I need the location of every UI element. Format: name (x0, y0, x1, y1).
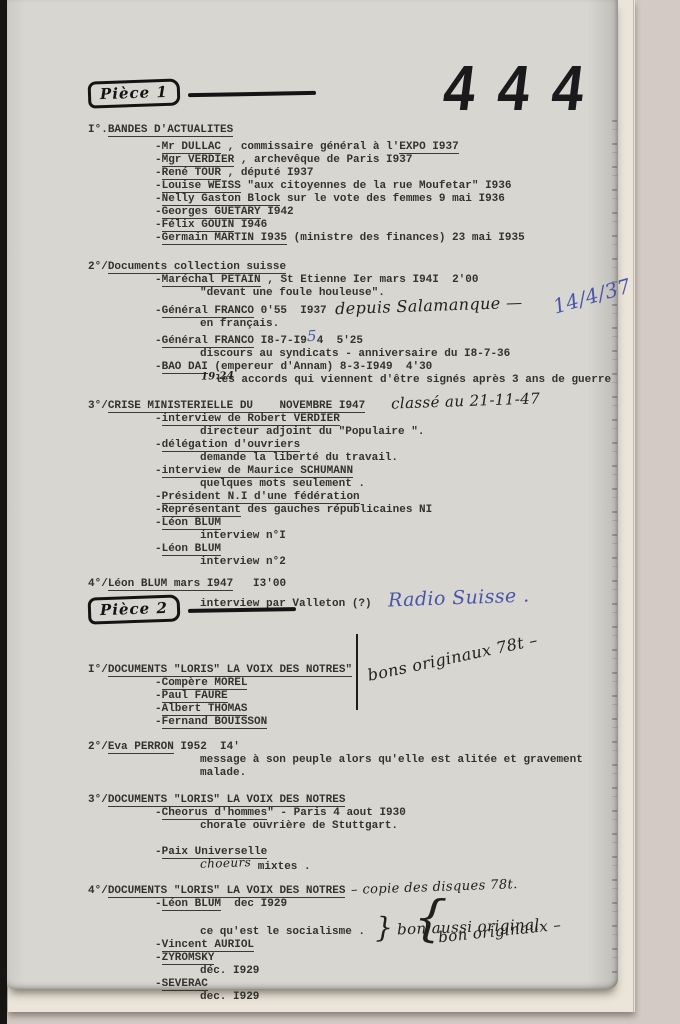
typed-text: (ministre des finances) 23 mai I935 (287, 232, 525, 244)
typed-line: -Mgr VERDIER , archevêque de Paris I937 (7, 154, 618, 167)
typed-line: -délégation d'ouvriers (7, 439, 618, 452)
typed-line: choeurs mixtes . (7, 859, 618, 874)
underlined-text: interview de Maurice SCHUMANN (162, 465, 353, 478)
section-heading: 3°/CRISE MINISTERIELLE DU NOVEMBRE I947c… (7, 396, 618, 413)
typed-text: - (155, 952, 162, 964)
typed-line: -Léon BLUM (7, 517, 618, 530)
typed-text: " - Paris 4 aout I930 (267, 807, 406, 819)
typed-line: -Compère MOREL (7, 677, 618, 690)
typed-text: dec. I929 (200, 991, 259, 1003)
typed-text: - (155, 846, 162, 858)
typed-line: -Représentant des gauches républicaines … (7, 504, 618, 517)
typed-text: "aux citoyennes de la rue Moufetar" I936 (241, 180, 512, 192)
underlined-text: Mgr VERDIER (162, 154, 235, 167)
typed-line: -Albert THOMAS (7, 703, 618, 716)
typed-text: - (155, 465, 162, 477)
typed-text: 3°/ (88, 400, 108, 412)
piece-2-label: Pièce 2 (88, 594, 181, 624)
underlined-text: Léon BLUM (162, 543, 221, 556)
typed-text: en français. (200, 318, 279, 330)
typed-text: - (155, 690, 162, 702)
section-heading: 3°/DOCUMENTS "LORIS" LA VOIX DES NOTRES (7, 794, 618, 807)
underlined-text: CRISE MINISTERIELLE DU NOVEMBRE I947 (108, 400, 365, 413)
typed-text: - (155, 677, 162, 689)
underlined-text: SEVERAC (162, 978, 208, 991)
typed-text: chorale ouvrière de Stuttgart. (200, 820, 398, 832)
typed-text: , St Etienne Ier mars I94I 2'00 (261, 274, 479, 286)
typed-line: -Mr DULLAC , commissaire général à l'EXP… (7, 141, 618, 154)
typed-text: I3'00 (233, 578, 286, 590)
typed-text: 2°/ (88, 741, 108, 753)
typed-text: , archevêque de Paris I937 (234, 154, 412, 166)
underlined-text: Germain MARTIN I935 (162, 232, 287, 245)
typed-text: dec I929 (221, 898, 287, 910)
typed-line: -interview de Robert VERDIER (7, 413, 618, 426)
underlined-text: Albert THOMAS (162, 703, 248, 716)
handwritten-note: choeurs (200, 856, 252, 870)
underlined-text: DOCUMENTS "LORIS" LA VOIX DES NOTRES (108, 885, 346, 898)
typed-line: -Léon BLUM dec I929 (7, 898, 618, 911)
typed-line: -Général FRANCO I8-7-I954 5'25 (7, 331, 618, 348)
underlined-text: Mr DULLAC (162, 141, 221, 154)
underlined-text: Vincent AURIOL (162, 939, 254, 952)
underlined-text: Maréchal PETAIN (162, 274, 261, 287)
typed-line: interview n°2 (7, 556, 618, 569)
underlined-text: Président N.I d'une fédération (162, 491, 360, 504)
typed-line: -Président N.I d'une fédération (7, 491, 618, 504)
typed-line: quelques mots seulement . (7, 478, 618, 491)
typed-text: - (155, 206, 162, 218)
typed-text: 3°/ (88, 794, 108, 806)
underlined-text: Documents collection suisse (108, 261, 286, 274)
handwritten-note: depuis Salamanque — (334, 295, 522, 318)
typed-line: chorale ouvrière de Stuttgart. (7, 820, 618, 833)
underlined-text: ZYROMSKY (162, 952, 215, 965)
typed-line: -Général FRANCO 0'55 I937depuis Salamanq… (7, 300, 618, 318)
handwritten-note: } (375, 914, 394, 943)
left-black-edge (0, 0, 7, 1024)
typed-text: - (155, 543, 162, 555)
typed-text: sur le vote des femmes 9 mai I936 (280, 193, 504, 205)
typed-text: (empereur d'Annam) 8-3-I949 4'30 (208, 361, 432, 373)
underlined-text: Louise WEISS (162, 180, 241, 193)
typed-text: , commissaire général à l' (221, 141, 399, 153)
typed-text: - (155, 274, 162, 286)
underlined-text: Léon BLUM mars I947 (108, 578, 233, 591)
handwritten-note: 19.24 (201, 371, 235, 382)
typed-line: interview n°I (7, 530, 618, 543)
piece-1-label: Pièce 1 (88, 78, 181, 108)
typed-text: 2°/ (88, 261, 108, 273)
typed-line: dec. I929 (7, 991, 618, 1004)
handwritten-piece-2-marker: Pièce 2 (88, 596, 296, 623)
typed-line: message à son peuple alors qu'elle est a… (7, 754, 618, 767)
underlined-text: Compère MOREL (162, 677, 248, 690)
typed-text: mixtes . (251, 861, 310, 873)
typed-text: - (155, 305, 162, 317)
section-heading: I°.BANDES D'ACTUALITES (7, 124, 618, 137)
handwritten-note: Radio Suisse . (387, 587, 529, 611)
typed-line: -René TOUR , député I937 (7, 167, 618, 180)
typed-text: discours au syndicats - anniversaire du … (200, 348, 510, 360)
typed-line: -ZYROMSKY (7, 952, 618, 965)
underlined-text: Général FRANCO (162, 335, 254, 348)
photo-backdrop: 444 Pièce 1 Pièce 2 I°.BANDES D'ACTUALIT… (0, 0, 680, 1024)
typed-text: - (155, 703, 162, 715)
typed-text: les accords qui viennent d'être signés a… (215, 374, 611, 386)
typed-line: -Fernand BOUISSON (7, 716, 618, 729)
typed-text: "devant une foule houleuse". (200, 287, 385, 299)
typed-text: déc. I929 (200, 965, 259, 977)
typed-line: déc. I929 (7, 965, 618, 978)
typed-text: - (155, 517, 162, 529)
typed-line: -Léon BLUM (7, 543, 618, 556)
section-heading: 2°/Documents collection suisse (7, 261, 618, 274)
typed-text: - (155, 504, 162, 516)
typed-line: -Félix GOUIN I946 (7, 219, 618, 232)
sheet-edge-line (633, 0, 634, 1012)
typed-line: -interview de Maurice SCHUMANN (7, 465, 618, 478)
typed-text: - (155, 439, 162, 451)
underlined-text: BANDES D'ACTUALITES (108, 124, 233, 137)
typed-line: -SEVERAC (7, 978, 618, 991)
typed-line: directeur adjoint du "Populaire ". (7, 426, 618, 439)
typed-line: -Maréchal PETAIN , St Etienne Ier mars I… (7, 274, 618, 287)
typed-text: - (155, 716, 162, 728)
typed-line: "devant une foule houleuse". (7, 287, 618, 300)
section-heading: I°/DOCUMENTS "LORIS" LA VOIX DES NOTRES" (7, 664, 618, 677)
typed-text: ce qu'est le socialisme . (200, 926, 365, 938)
typed-line: -Vincent AURIOL (7, 939, 618, 952)
typed-text: - (155, 193, 162, 205)
typed-text: message à son peuple alors qu'elle est a… (200, 754, 583, 766)
typed-text: - (155, 219, 162, 231)
typed-text: - (155, 335, 162, 347)
marker-dash (188, 91, 316, 97)
underlined-text: Nelly Gaston Block (162, 193, 281, 206)
underlined-text: EXPO I937 (399, 141, 458, 154)
typed-line: les accords qui viennent d'être signés a… (7, 374, 618, 387)
underlined-text: Léon BLUM (162, 517, 221, 530)
typed-text: I946 (234, 219, 267, 231)
underlined-text: Représentant (162, 504, 241, 517)
typed-line: -Nelly Gaston Block sur le vote des femm… (7, 193, 618, 206)
typed-text: 4°/ (88, 578, 108, 590)
section-heading: 2°/Eva PERRON I952 I4' (7, 741, 618, 754)
typed-text: - (155, 491, 162, 503)
typed-content: I°.BANDES D'ACTUALITES-Mr DULLAC , commi… (7, 124, 618, 1004)
underlined-text: Général FRANCO (162, 305, 254, 318)
typed-text: des gauches républicaines NI (241, 504, 432, 516)
typed-text: - (155, 807, 162, 819)
underlined-text: Georges GUETARY (162, 206, 261, 219)
typed-text: interview n°I (200, 530, 286, 542)
typed-line: -Louise WEISS "aux citoyennes de la rue … (7, 180, 618, 193)
typed-line: -Germain MARTIN I935 (ministre des finan… (7, 232, 618, 245)
typed-text: I°. (88, 124, 108, 136)
typed-text: - (155, 232, 162, 244)
handwritten-piece-1-marker: Pièce 1 (88, 80, 316, 107)
typed-text: malade. (200, 767, 246, 779)
typed-line: -Cheorus d'hommes" - Paris 4 aout I930 (7, 807, 618, 820)
typed-text: 0'55 I937 (254, 305, 327, 317)
underlined-text: Félix GOUIN (162, 219, 235, 232)
typed-line: -Paul FAURE (7, 690, 618, 703)
underlined-text: Cheorus d'hommes (162, 807, 268, 820)
typed-text: - (155, 167, 162, 179)
typed-text: 4 5'25 (317, 335, 363, 347)
underlined-text: René TOUR (162, 167, 221, 180)
ink-bracket-line (356, 634, 358, 710)
typed-text: - (155, 180, 162, 192)
handwritten-note: classé au 21-11-47 (391, 391, 541, 411)
typed-text: interview n°2 (200, 556, 286, 568)
typed-text: - (155, 154, 162, 166)
typed-text: - (155, 361, 162, 373)
handwritten-note: 5 (307, 329, 317, 344)
typed-line: demande la liberté du travail. (7, 452, 618, 465)
typed-text: quelques mots seulement . (200, 478, 365, 490)
underlined-text: délégation d'ouvriers (162, 439, 301, 452)
typed-line: malade. (7, 767, 618, 780)
page-number-stamp: 444 (440, 56, 610, 120)
typed-text: - (155, 141, 162, 153)
section-heading: 4°/DOCUMENTS "LORIS" LA VOIX DES NOTRES–… (7, 883, 618, 898)
typed-text: - (155, 978, 162, 990)
typed-text: demande la liberté du travail. (200, 452, 398, 464)
typed-line: -Paix Universelle (7, 846, 618, 859)
typed-text: I8-7-I9 (254, 335, 307, 347)
typed-text: - (155, 413, 162, 425)
typed-text: 4°/ (88, 885, 108, 897)
document-page: 444 Pièce 1 Pièce 2 I°.BANDES D'ACTUALIT… (7, 0, 618, 989)
underlined-text: DOCUMENTS "LORIS" LA VOIX DES NOTRES" (108, 664, 352, 677)
underlined-text: DOCUMENTS "LORIS" LA VOIX DES NOTRES (108, 794, 346, 807)
underlined-text: Eva PERRON (108, 741, 174, 754)
underlined-text: interview de Robert VERDIER (162, 413, 340, 426)
typed-text: , député I937 (221, 167, 313, 179)
typed-text: I952 I4' (174, 741, 240, 753)
underlined-text: Paul FAURE (162, 690, 228, 703)
typed-text: I942 (261, 206, 294, 218)
typed-line: -BAO DAI (empereur d'Annam) 8-3-I949 4'3… (7, 361, 618, 374)
typed-text: - (155, 898, 162, 910)
typed-line: -Georges GUETARY I942 (7, 206, 618, 219)
marker-dash (188, 607, 296, 613)
typed-text: - (155, 939, 162, 951)
underlined-text: Léon BLUM (162, 898, 221, 911)
typed-text: I°/ (88, 664, 108, 676)
typed-line: discours au syndicats - anniversaire du … (7, 348, 618, 361)
underlined-text: Fernand BOUISSON (162, 716, 268, 729)
typed-text: directeur adjoint du "Populaire ". (200, 426, 424, 438)
